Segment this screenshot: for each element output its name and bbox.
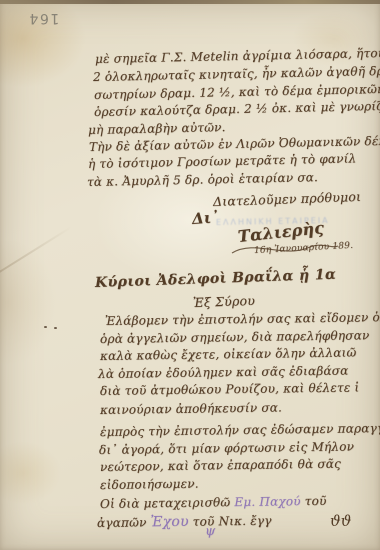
handwritten-line: σωτηρίων δραμ. 12 ½, καὶ τὸ δέμα ἐμπορικ… bbox=[94, 82, 380, 101]
handwritten-line: ὁρεσίν καλούτζα δραμ. 2 ½ ὀκ. καὶ μὲ γνω… bbox=[94, 100, 380, 118]
handwritten-line: μὲ σημεῖα Γ.Σ. Metelin ἀγρίμια λιόσαρα, … bbox=[95, 47, 380, 65]
closing-line-2: ἀγαπῶν Ἐχου τοῦ Νικ. ἔγγ bbox=[97, 514, 272, 530]
handwritten-line: δι᾽ ἀγορά, ὅτι μίαν φόρτωσιν εἰς Μήλον bbox=[99, 440, 354, 456]
handwritten-line: τὰ κ. Ἀμυρλῆ 5 δρ. ὁροὶ ἑταιρίαν σα. bbox=[87, 171, 318, 188]
handwritten-line: Τὴν δὲ ἀξίαν αὐτῶν ἐν Λιρῶν Ὀθωμανικῶν δ… bbox=[89, 134, 380, 153]
handwritten-line: ἐμπρὸς τὴν ἐπιστολήν σας ἐδώσαμεν παραγγ bbox=[100, 422, 380, 438]
closing-line-1-ink-2: τοῦ bbox=[305, 494, 327, 508]
handwritten-line: καλὰ καθὼς ἔχετε, οἰκείαν ὅλην ἀλλαιῶ bbox=[100, 346, 357, 362]
signature-prefix: Δι᾽ bbox=[191, 210, 219, 227]
closing-line-1: Οἱ διὰ μεταχειρισθῶ Εμ. Παχού τοῦ bbox=[100, 495, 327, 510]
ink-speck bbox=[54, 327, 57, 329]
handwritten-line: ὁρὰ ἀγγελιῶν σημείων, διὰ παρελήφθησαν bbox=[100, 329, 370, 345]
handwritten-line: Ἐλάβομεν τὴν ἐπιστολήν σας καὶ εἴδομεν ὁ… bbox=[105, 311, 380, 327]
closing-line-1-ink: Οἱ διὰ μεταχειρισθῶ bbox=[100, 495, 231, 511]
closing-line-2-ink: ἀγαπῶν bbox=[97, 515, 147, 530]
letter-scan-page: 164 μὲ σημεῖα Γ.Σ. Metelin ἀγρίμια λιόσα… bbox=[0, 0, 380, 550]
handwritten-line: νεώτερον, καὶ ὅταν ἐπαραπόδι θὰ σᾶς bbox=[100, 458, 341, 473]
handwritten-line: διὰ τοῦ ἀτμοθώκου Ρουίζου, καὶ θέλετε ἰ bbox=[100, 381, 360, 397]
paper-crease bbox=[0, 226, 72, 275]
handwritten-line: εἰδοποιήσωμεν. bbox=[100, 478, 199, 491]
letter2-place: Ἐξ Σύρου bbox=[193, 295, 255, 310]
ink-speck bbox=[44, 326, 47, 328]
closing-salutation: Διατελοῦμεν πρόθυμοι bbox=[213, 191, 362, 209]
letter2-heading: Κύριοι Ἀδελφοὶ Βραΐλα ᾗ 1α bbox=[95, 268, 337, 290]
page-number-pencil: 164 bbox=[28, 10, 59, 26]
purple-annotation-2: Ἐχου bbox=[150, 514, 188, 531]
purple-flourish: ψ bbox=[205, 524, 215, 539]
scan-top-edge bbox=[0, 0, 380, 4]
handwritten-line: 2 ὁλοκληρωταῖς κινηταῖς, ἦν καλῶν ἀγαθῆ … bbox=[93, 64, 380, 83]
handwritten-line: καινούριαν ἀποθήκευσίν σα. bbox=[100, 401, 282, 416]
purple-annotation-1: Εμ. Παχού bbox=[234, 494, 301, 509]
handwritten-line: ἡ τὸ ἰσότιμον Γροσίων μετρᾶτε ἡ τὸ φανίλ bbox=[88, 152, 357, 170]
handwritten-line: λὰ ὁποίαν ἐδούλημεν καὶ σᾶς ἐδιαβάσα bbox=[98, 365, 349, 380]
ink-flourish: ϑϑ bbox=[330, 512, 351, 530]
handwritten-line: μὴ παραλαβὴν αὐτῶν. bbox=[88, 121, 226, 136]
